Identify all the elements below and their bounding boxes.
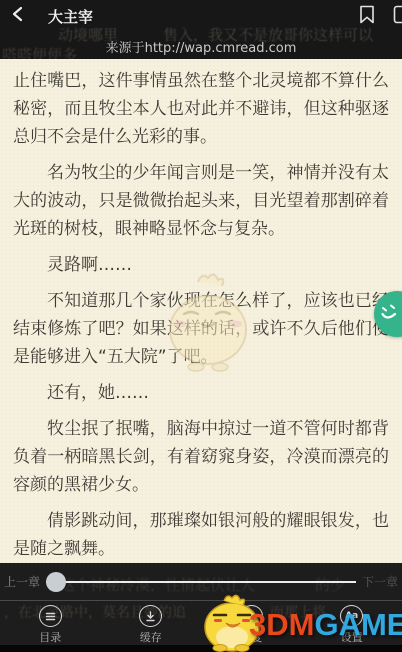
smiley-face-icon <box>377 300 401 328</box>
reader-screen: 动境哪里 售入，我又不是放哥你这样可以 嗒嗒便便多 大主宰 来源于http: <box>0 0 402 652</box>
paragraph: 不知道那几个家伙现在怎么样了，应该也已经结束修炼了吧？如果这样的话，或许不久后他… <box>13 287 389 371</box>
dimmed-background-text: 这个神秘冷漠，性情起伏让人 的少 <box>60 574 345 595</box>
paragraph: 还有，她…… <box>13 379 389 407</box>
top-bar: 大主宰 <box>0 0 402 32</box>
paragraph: 灵路啊…… <box>13 251 389 279</box>
next-chapter-button[interactable]: 下一章 <box>362 573 398 590</box>
progress-slider[interactable] <box>46 581 356 583</box>
bottom-black-strip <box>0 645 402 652</box>
paragraph: 名为牧尘的少年闻言则是一笑，神情并没有太大的波动，只是微微抬起头来，目光望着那割… <box>13 159 389 243</box>
toolbar-item-label: 缓存 <box>140 629 162 645</box>
toolbar-item-label: 亮度 <box>240 629 262 645</box>
toolbar-item-catalog[interactable]: 目录 <box>0 601 101 645</box>
reader-toolbar: ，在北灵路中，莫名且妙的追 年，而那上将 目录 缓存 亮度 Aa 设置 <box>0 600 402 645</box>
font-circle-icon: Aa <box>340 605 363 627</box>
source-toast: 来源于http://wap.cmread.com <box>0 37 402 56</box>
back-button[interactable] <box>10 2 32 30</box>
toolbar-item-brightness[interactable]: 亮度 <box>201 601 302 645</box>
page-title: 大主宰 <box>48 6 93 27</box>
prev-chapter-button[interactable]: 上一章 <box>4 573 40 590</box>
toolbar-item-label: 目录 <box>39 629 61 645</box>
chapter-slider-bar: 这个神秘冷漠，性情起伏让人 的少 上一章 下一章 <box>0 563 402 600</box>
reading-area[interactable]: 止住嘴巴，这件事情虽然在整个北灵境都不算什么秘密，而且牧尘本人也对此并不避讳，但… <box>0 59 402 563</box>
slider-thumb[interactable] <box>46 572 66 592</box>
bookmark-button[interactable] <box>355 1 379 32</box>
font-size-glyph: Aa <box>345 612 358 621</box>
paragraph: 倩影跳动间，那璀璨如银河般的耀眼银发，也是随之飘舞。 <box>13 507 389 563</box>
toolbar-item-settings[interactable]: Aa 设置 <box>302 601 402 645</box>
paragraph: 牧尘抿了抿嘴，脑海中掠过一道不管何时都背负着一柄暗黑长剑，有着窈窕身姿，冷漠而漂… <box>13 415 389 499</box>
list-circle-icon <box>39 605 62 627</box>
paragraph: 止住嘴巴，这件事情虽然在整个北灵境都不算什么秘密，而且牧尘本人也对此并不避讳，但… <box>13 67 389 151</box>
chevron-left-icon <box>10 6 26 26</box>
toolbar-item-label: 设置 <box>341 629 363 645</box>
top-overlay: 动境哪里 售入，我又不是放哥你这样可以 嗒嗒便便多 大主宰 来源于http: <box>0 0 402 59</box>
toolbar-item-cache[interactable]: 缓存 <box>101 601 202 645</box>
brightness-circle-icon <box>240 605 263 627</box>
download-circle-icon <box>139 605 162 627</box>
share-button[interactable] <box>393 1 402 32</box>
bookmark-icon <box>359 5 375 28</box>
page-icon <box>393 5 402 28</box>
